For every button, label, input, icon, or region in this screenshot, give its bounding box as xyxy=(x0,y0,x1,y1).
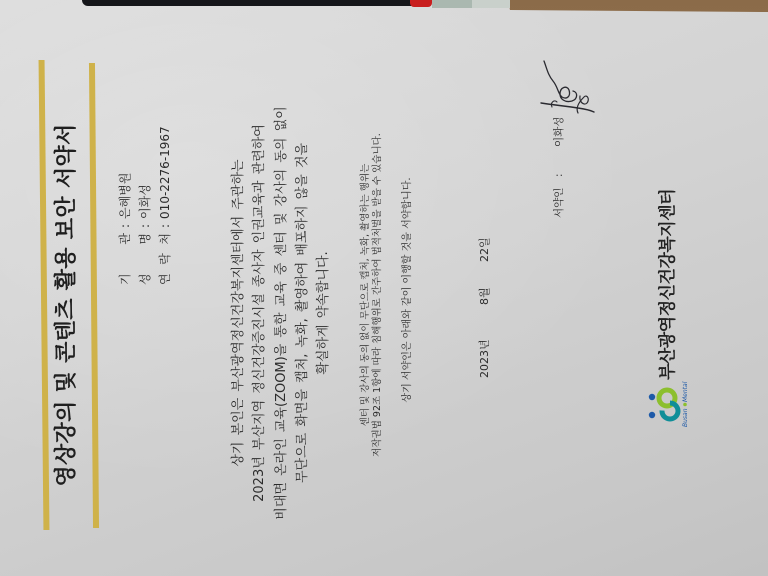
body-line: 확실하게 약속합니다. xyxy=(313,88,334,538)
info-value: 이화성 xyxy=(138,184,152,219)
logo-text-dot xyxy=(683,403,687,407)
info-separator: : xyxy=(135,224,155,228)
info-row-name: 성 명:이화성 xyxy=(135,126,155,285)
body-line: 무단으로 화면을 캡처, 녹화, 촬영하여 배포하지 않을 것을 xyxy=(292,88,313,538)
document-page: 영상강의 및 콘텐츠 활용 보안 서약서 기 관:은혜병원 성 명:이화성 연 … xyxy=(0,0,768,576)
photo-frame: 영상강의 및 콘텐츠 활용 보안 서약서 기 관:은혜병원 성 명:이화성 연 … xyxy=(0,0,768,576)
busan-mental-health-logo-icon: Busan Mental xyxy=(645,380,691,428)
date-day: 22일 xyxy=(478,237,492,262)
logo-text: Mental xyxy=(682,381,689,402)
body-line: 2023년 부산지역 정신건강증진시설 종사자 인권교육과 관련하여 xyxy=(249,88,270,538)
info-value: 은혜병원 xyxy=(118,173,132,219)
document-title: 영상강의 및 콘텐츠 활용 보안 서약서 xyxy=(54,105,80,505)
body-line: 상기 본인은 부산광역정신건강복지센터에서 주관하는 xyxy=(228,88,249,538)
title-rule-top xyxy=(39,60,50,530)
info-label: 성 명 xyxy=(135,233,155,285)
signer-separator: : xyxy=(552,173,566,177)
organization-name: 부산광역정신건강복지센터 xyxy=(657,189,679,380)
signer-label: 서약인 xyxy=(552,188,566,218)
title-rule-bottom xyxy=(89,63,99,528)
notice-line: 센터 및 강사의 동의 없이 무단으로 캡처, 녹화, 촬영하는 행위는 xyxy=(360,70,372,520)
info-row-organization: 기 관:은혜병원 xyxy=(115,126,135,285)
info-label: 연 락 처 xyxy=(155,233,175,285)
signature-icon xyxy=(538,55,596,127)
logo-text: Busan xyxy=(682,408,689,427)
date-month: 8월 xyxy=(478,287,492,305)
logo-head-dot xyxy=(649,394,655,400)
notice-line: 저작권법 92조 1항에 따라 침해행위로 간주하여 법적처벌을 받을 수 있습… xyxy=(372,70,384,520)
signer-info-block: 기 관:은혜병원 성 명:이화성 연 락 처:010-2276-1967 xyxy=(115,126,175,285)
date-year: 2023년 xyxy=(478,339,492,378)
info-separator: : xyxy=(115,224,135,228)
info-label: 기 관 xyxy=(115,233,135,285)
legal-notice: 센터 및 강사의 동의 없이 무단으로 캡처, 녹화, 촬영하는 행위는 저작권… xyxy=(360,70,383,520)
info-row-contact: 연 락 처:010-2276-1967 xyxy=(155,126,175,285)
body-line: 비대면 온라인 교육(ZOOM)을 통한 교육 중 센터 및 강사의 동의 없이 xyxy=(271,88,292,538)
info-separator: : xyxy=(155,224,175,228)
pledge-statement: 상기 서약인은 아래와 같이 이행할 것을 서약합니다. xyxy=(401,65,415,515)
info-value: 010-2276-1967 xyxy=(158,126,172,219)
pledge-body-paragraph: 상기 본인은 부산광역정신건강복지센터에서 주관하는 2023년 부산지역 정신… xyxy=(228,88,334,538)
logo-head-dot xyxy=(649,412,655,418)
